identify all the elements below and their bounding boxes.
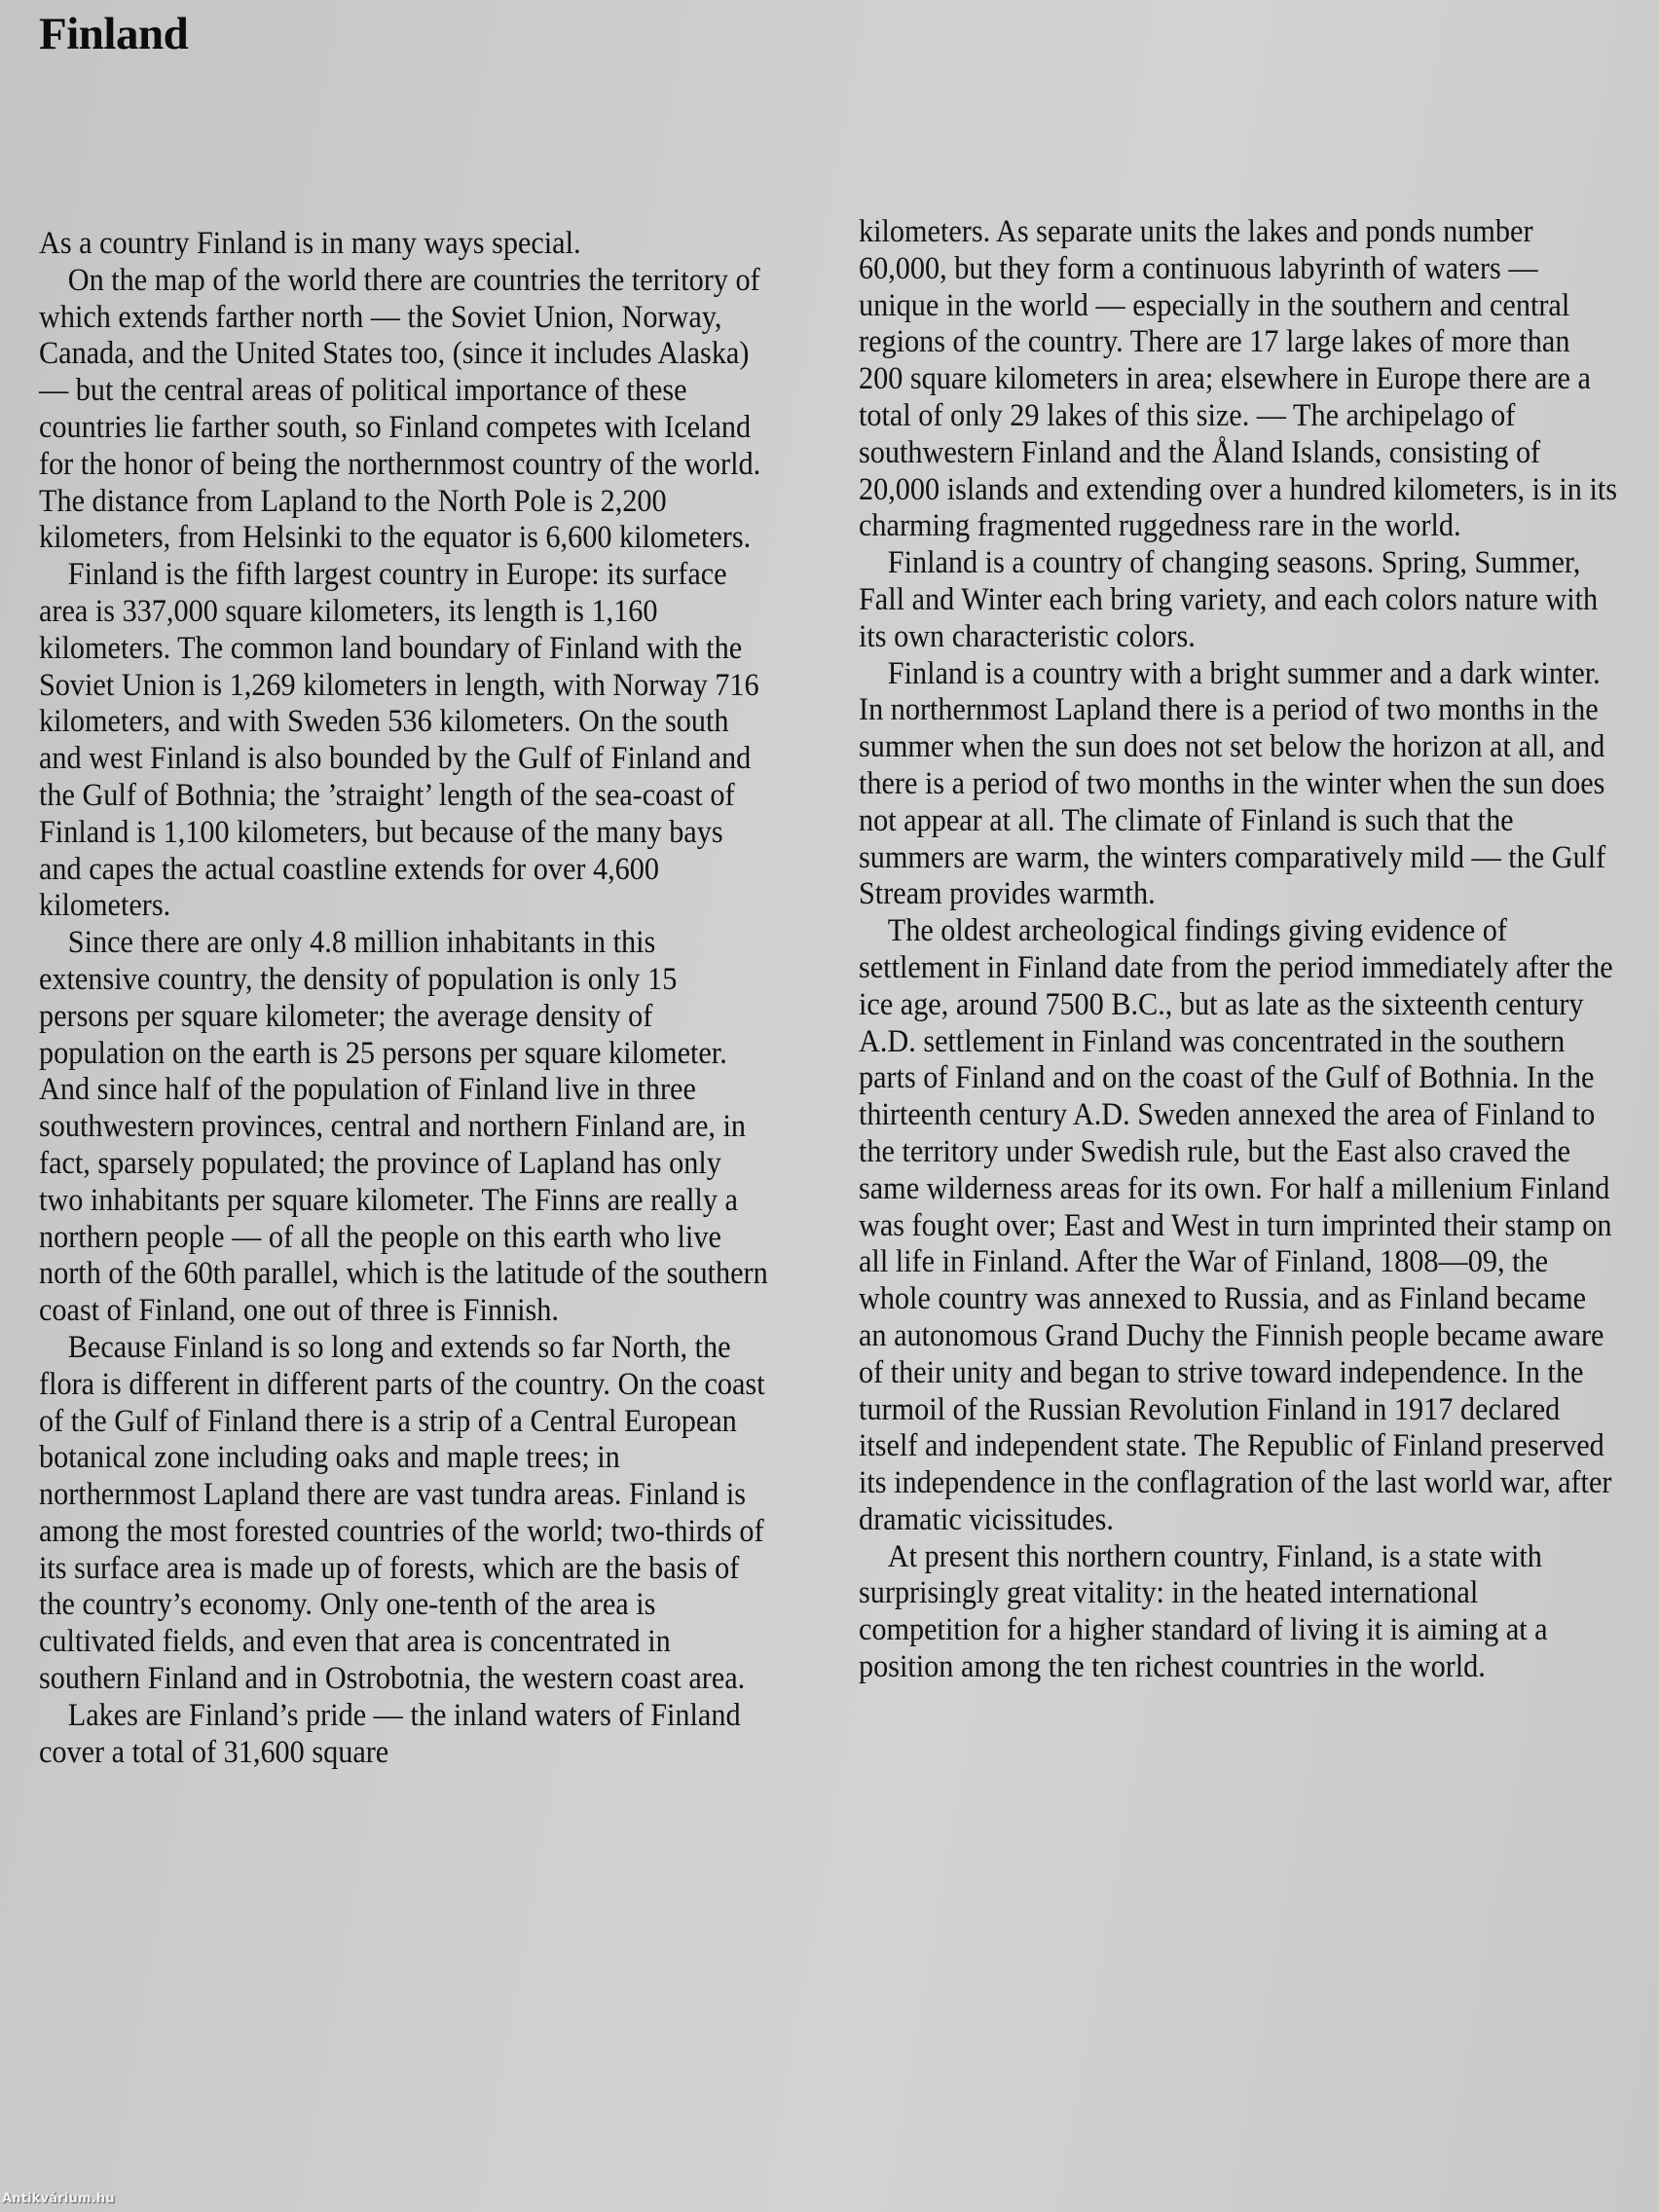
paragraph-lakes-continued: kilometers. As separate units the lakes …: [859, 214, 1619, 545]
watermark-logo: Antikvárium.hu: [2, 2192, 115, 2206]
paragraph-climate: Finland is a country with a bright summe…: [859, 656, 1619, 914]
paragraph-present: At present this northern country, Finlan…: [859, 1539, 1619, 1686]
page-title: Finland: [39, 8, 188, 60]
paragraph-history: The oldest archeological findings giving…: [859, 913, 1619, 1539]
paragraph-seasons: Finland is a country of changing seasons…: [859, 545, 1619, 655]
left-text-column: As a country Finland is in many ways spe…: [39, 226, 770, 1771]
right-text-column: kilometers. As separate units the lakes …: [859, 214, 1619, 1686]
paragraph-flora-forests: Because Finland is so long and extends s…: [39, 1330, 770, 1698]
paragraph-size-borders: Finland is the fifth largest country in …: [39, 557, 770, 925]
paragraph-intro: As a country Finland is in many ways spe…: [39, 226, 770, 263]
paragraph-population: Since there are only 4.8 million inhabit…: [39, 925, 770, 1330]
paragraph-lakes-start: Lakes are Finland’s pride — the inland w…: [39, 1698, 770, 1772]
paragraph-northern-position: On the map of the world there are countr…: [39, 263, 770, 557]
